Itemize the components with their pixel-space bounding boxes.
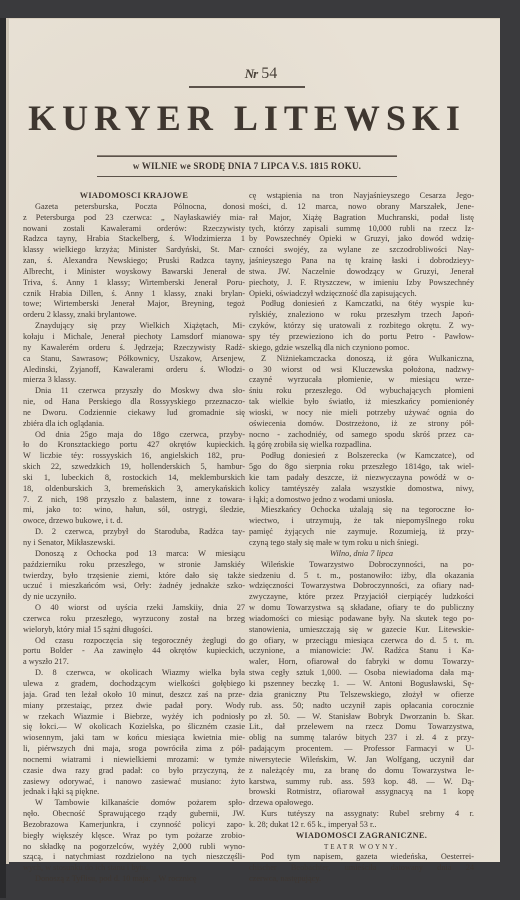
text-line: zasiewy odorywać, i nanowo zasiewać musi… <box>23 777 245 788</box>
text-line: Podług doniesień z Kamczatki, na 6téy wy… <box>249 299 474 310</box>
text-line: 18, oldenburskich 3, bremeńskich 3, amer… <box>23 484 245 495</box>
text-line: z Petersburga pod 23 czerwca: „ Nayłaska… <box>23 213 245 224</box>
text-line: zbiéra dla ich oglądania. <box>23 419 245 430</box>
article-paragraph: Gazeta petersburska, Poczta Pólnocna, do… <box>23 202 245 321</box>
text-line: niwersytecie Wileńskim, W. Jan Wolfgang,… <box>249 755 474 766</box>
text-line: ki pszenney beczkę 1. — W. Antoni Bogusł… <box>249 679 474 690</box>
text-line: nie, od Hana Perskiego dla Rossyyskiego … <box>23 397 245 408</box>
text-line: dzia graniczny Ptu Telszewskiego, złożył… <box>249 690 474 701</box>
text-line: chischer Beobachter, umieściła datowany … <box>249 863 474 874</box>
text-line: W liczbie téy: rossyyskich 16, angielski… <box>23 451 245 462</box>
text-line: karstwa, summy rub. ass. 593 kop. 48. — … <box>249 777 474 788</box>
text-line: w domu Towarzystwa są składane, ofiary t… <box>249 603 474 614</box>
text-line: nowani zostali Kawalerami orderów: Rzecz… <box>23 224 245 235</box>
text-line: Lit., dał przelewem na rzecz Domu Towarz… <box>249 722 474 733</box>
text-line: spy téy przewieziono ich do portu Petro … <box>249 332 474 343</box>
text-line: zwyczayne, które przez Przyjaciół cierpi… <box>249 592 474 603</box>
article-paragraph: Znaydujący się przy Wielkich Xiążętach, … <box>23 321 245 386</box>
local-dateline: Wilno, dnia 7 lipca <box>249 549 474 560</box>
text-line: portu Bolder - Aa zawinęło 44 okrętów ku… <box>23 646 245 657</box>
issue-number: Nr 54 <box>221 65 301 83</box>
text-line: ulewa z gradem, dochodzącym wielkości go… <box>23 679 245 690</box>
text-line: piechoty, J. F. Rtyszczew, w imieniu Izb… <box>249 278 474 289</box>
text-line: nęło. Obecność Sprawującego rządy gubern… <box>23 809 245 820</box>
text-line: owoce, drzewo bukowe, i t. d. <box>23 516 245 527</box>
dateline-bottom-rule <box>97 176 397 177</box>
text-line: twierdzy, było trzęsienie ziemi, które d… <box>23 571 245 582</box>
text-line: wieloryb, który miał 15 sążni długości. <box>23 625 245 636</box>
text-line: D. 2 czerwca, przybył do Staroduba, Radź… <box>23 527 245 538</box>
text-line: 5go do 8go sierpnia roku przeszłego 1814… <box>249 462 474 473</box>
text-line: go ofiary, w przeciągu miesiąca czerwca … <box>249 636 474 647</box>
text-line: towe; Wirtemberski Jenerał Major, Breyni… <box>23 299 245 310</box>
text-line: Pod tym napisem, gazeta wiedeńska, Oeste… <box>249 852 474 863</box>
text-line: a wyszło 217. <box>23 657 245 668</box>
newspaper-page: Nr 54 KURYER LITEWSKI w WILNIE we SRODĘ … <box>9 18 500 862</box>
text-line: czasie dwa razy grad padał: co było przy… <box>23 766 245 777</box>
text-line: ny Kawalerém orderu ś. Jędrzeja; Rzeczyw… <box>23 343 245 354</box>
text-line: czerwca, następujący. <box>249 874 474 885</box>
text-line: czayné wyrzucała płomienie, w miesiącu w… <box>249 375 474 386</box>
right-column-articles: cę wstąpienia na tron Nayjaśnieyszego Ce… <box>249 191 474 885</box>
text-line: Z Niżniekamczacka donoszą, iż góra Wulka… <box>249 354 474 365</box>
text-line: ny i Senator, Mikłaszewski. <box>23 538 245 549</box>
section-title-foreign: WIADOMOSCI ZAGRANICZNE. <box>249 831 474 842</box>
text-line: stanowienia, umieszczają się w gazecie K… <box>249 625 474 636</box>
text-line: cznik Hrabia Dillen, ś. Anny 1 klassy, z… <box>23 289 245 300</box>
article-paragraph: Podług doniesień z Bolszerecka (w Kamcza… <box>249 451 474 505</box>
text-line: zan, ś. Alexandra Newskiego; Pruski Radz… <box>23 256 245 267</box>
text-line: Kurs tutéyszy na assygnaty: Rubel srebrn… <box>249 809 474 820</box>
article-paragraph: D. 2 czerwca, przybył do Staroduba, Radź… <box>23 527 245 549</box>
text-line: tak wielkie było światło, iż mieszkańcy … <box>249 397 474 408</box>
text-line: po zł. 50. — W. Stanisław Bobryk Dworzan… <box>249 712 474 723</box>
text-line: padającym procentem. — Professor Farmacy… <box>249 744 474 755</box>
text-line: Donoszą z Ochocka pod 13 marca: W miesią… <box>23 549 245 560</box>
text-line: tych, którzy zapisali summę 10,000 rubli… <box>249 224 474 235</box>
issue-number-value: 54 <box>261 65 277 82</box>
text-line: Znaydujący się przy Wielkich Xiążętach, … <box>23 321 245 332</box>
text-line: łą górę zrobiła się wielka rozpadlina. <box>249 440 474 451</box>
text-line: Bezobrazowa Kamerjunkra, i czynność poli… <box>23 820 245 831</box>
text-line: Dnia 11 czerwca przyszły do Moskwy dwa s… <box>23 386 245 397</box>
text-line: nocno - zachodniéy, od samego spodu skró… <box>249 430 474 441</box>
text-line: Podług doniesień z Bolszerecka (w Kamcza… <box>249 451 474 462</box>
text-line: no składkę na pogorzelców, wyżéy 2,000 r… <box>23 842 245 853</box>
article-paragraph: Donoszą z Tyflisu, pod d. 10 maja: „ W r… <box>23 874 245 885</box>
issue-prefix: Nr <box>245 66 257 81</box>
text-line: drzewa opałowego. <box>249 798 474 809</box>
text-line: jaja. Grad ten leżał około 10 minut, des… <box>23 690 245 701</box>
text-line: Albrecht, i Minister woyskowy Bawarski J… <box>23 267 245 278</box>
newspaper-title: KURYER LITEWSKI <box>23 97 471 139</box>
text-line: biegły większéy klęsce. Wraz po tym poża… <box>23 831 245 842</box>
text-line: o 30 wiorst od wsi Kluczewska położona, … <box>249 365 474 376</box>
text-line: wiadomości co miesiąc podawane były. Na … <box>249 614 474 625</box>
text-line: się łokci.— W okolicach Kozielska, po śl… <box>23 722 245 733</box>
text-line: pamięć żyjących nie zaymuje. Rozumieją, … <box>249 527 474 538</box>
text-line: szącą, i natychmiast rozdzielono na tych… <box>23 852 245 863</box>
text-line: nocnemi wiatrami i niewielkiemi mrozami:… <box>23 755 245 766</box>
text-line: by Powszechnéy Opieki w Gruzyi, jako dow… <box>249 234 474 245</box>
right-column: cę wstąpienia na tron Nayjaśnieyszego Ce… <box>249 191 474 885</box>
text-line: czyków, którzy się uratowali z rozbitego… <box>249 321 474 332</box>
text-line: k. 28; dukat 12 r. 65 k., imperyał 53 r.… <box>249 820 474 831</box>
article-paragraph: Donoszą z Ochocka pod 13 marca: W miesią… <box>23 549 245 603</box>
text-line: Od czasu rozpoczęcia się tegorocznéy żeg… <box>23 636 245 647</box>
article-paragraph: Dnia 11 czerwca przyszły do Moskwy dwa s… <box>23 386 245 429</box>
text-line: Triva, ś. Anny 1 klassy; Wirtemberski Je… <box>23 278 245 289</box>
article-paragraph: W Tambowie kilkanaście domów pożarem spł… <box>23 798 245 874</box>
section-title-domestic: WIADOMOSCI KRAJOWE <box>23 191 245 202</box>
text-line: uczuć i mieszkańcóm wsi, Orły: żadnéy je… <box>23 581 245 592</box>
text-line: jaśnieyszego Pana na tę krainę łaski i d… <box>249 256 474 267</box>
text-line: stwa. JW. Naczelnie dowodzący w Gruzyi, … <box>249 267 474 278</box>
text-line: wioski, w nocy nie mieli potrzeby używać… <box>249 408 474 419</box>
text-line: mierza 3 klassy. <box>23 375 245 386</box>
text-line: Donoszą z Tyflisu, pod d. 10 maja: „ W r… <box>23 874 245 885</box>
text-line: rub. ass. 50; nadto uczynił zapis opłaca… <box>249 701 474 712</box>
text-line: D. 8 czerwca, w okolicach Wiazmy wielka … <box>23 668 245 679</box>
text-line: klassy wielkiego krzyża; Minister Sardyń… <box>23 245 245 256</box>
text-line: i łąki; a domostwo jedno z wodami uniosł… <box>249 495 474 506</box>
text-line: li, piérwszych dni maja, sroga powróciła… <box>23 744 245 755</box>
text-line: browski Rotmistrz, ofiarował assygnacyą … <box>249 787 474 798</box>
left-column: WIADOMOSCI KRAJOWE Gazeta petersburska, … <box>23 191 245 885</box>
text-line: czyną tego stały się małe w tym roku u n… <box>249 538 474 549</box>
text-line: W Tambowie kilkanaście domów pożarem spł… <box>23 798 245 809</box>
article-paragraph: Wileńskie Towarzystwo Dobroczynności, na… <box>249 560 474 809</box>
text-line: mi, jako to: wino, hałun, sól, ostrygi, … <box>23 505 245 516</box>
text-line: rał Major, Xiążę Bagration Muchranski, p… <box>249 213 474 224</box>
text-line: Wileńskie Towarzystwo Dobroczynności, na… <box>249 560 474 571</box>
text-line: z należącéy mu, za branę do domu Towarzy… <box>249 766 474 777</box>
text-line: jednak i łąki są piękne. <box>23 787 245 798</box>
text-line: mości, d. 12 marca, nowo obrany Marszałe… <box>249 202 474 213</box>
text-line: ca Stanu, Sawrasow; Półkownicy, Uszakow,… <box>23 354 245 365</box>
article-paragraph: Z Niżniekamczacka donoszą, iż góra Wulka… <box>249 354 474 452</box>
article-paragraph: Od czasu rozpoczęcia się tegorocznéy żeg… <box>23 636 245 669</box>
text-line: wdzięczności Towarzystwa Dobroczynności,… <box>249 581 474 592</box>
text-line: Od dnia 25go maja do 18go czerwca, przyb… <box>23 430 245 441</box>
text-line: dy nie uczyniło. <box>23 592 245 603</box>
text-line: cę wstąpienia na tron Nayjaśnieyszego Ce… <box>249 191 474 202</box>
text-line: ski 1, lubeckich 8, rostockich 14, mekle… <box>23 473 245 484</box>
text-line: uczynione, a mianowicie: JW. Radźca Stan… <box>249 646 474 657</box>
text-line: oświecenia domów. Dostrzeżono, iż ze str… <box>249 419 474 430</box>
text-line: Radzca tayny, Hrabia Stackelberg, ś. Wło… <box>23 234 245 245</box>
article-paragraph: Podług doniesień z Kamczatki, na 6téy wy… <box>249 299 474 353</box>
text-line: O 40 wiorst od uyścia rzeki Jamskiiy, dn… <box>23 603 245 614</box>
dateline: w WILNIE we SRODĘ DNIA 7 LIPCA V.S. 1815… <box>97 161 397 171</box>
text-line: październiku roku przeszłego, w stronie … <box>23 560 245 571</box>
text-line: wiectwo, i utrzymują, że tak niepomyślne… <box>249 516 474 527</box>
text-line: Mieszkańcy Ochocka użalają się na tegoro… <box>249 505 474 516</box>
text-line: Opieki, oświadczył wdzięczność dla zapis… <box>249 289 474 300</box>
text-line: kie tam padały deszcze, iż niezwyczayna … <box>249 473 474 484</box>
article-paragraph: D. 8 czerwca, w okolicach Wiazmy wielka … <box>23 668 245 798</box>
text-line: waler, Horn, ofiarował do fabryki w domu… <box>249 657 474 668</box>
text-line: orderu 2 klassy, znaki brylantowe. <box>23 310 245 321</box>
text-line: ne Dworu. Codziennie ciekawy lud gromadn… <box>23 408 245 419</box>
text-line: stwa cegły sztuk 1,000. — Osoba niewiado… <box>249 668 474 679</box>
dateline-top-rule <box>97 155 397 157</box>
text-line: 7. Z nich, 198 przyszło z balastem, inne… <box>23 495 245 506</box>
text-line: czerwca roku przeszłego, wyrzucony zosta… <box>23 614 245 625</box>
text-line: Gazeta petersburska, Poczta Pólnocna, do… <box>23 202 245 213</box>
text-line: rylskiéy, znaleziono w roku przeszłym tr… <box>249 310 474 321</box>
left-column-articles: Gazeta petersburska, Poczta Pólnocna, do… <box>23 202 245 885</box>
article-paragraph: cę wstąpienia na tron Nayjaśnieyszego Ce… <box>249 191 474 299</box>
text-line: kolicy tamtéyszéy zalała wszystkie domos… <box>249 484 474 495</box>
issue-rule <box>189 86 305 88</box>
article-paragraph: Od dnia 25go maja do 18go czerwca, przyb… <box>23 430 245 528</box>
article-paragraph: Mieszkańcy Ochocka użalają się na tegoro… <box>249 505 474 548</box>
text-line: oblig na summę talarów bitych 237 i zł. … <box>249 733 474 744</box>
text-line: w rzekach Wiazmie i Biebrze, wyżéy ich p… <box>23 712 245 723</box>
text-line: miany przestaiąc, przez dwie padał pory.… <box>23 701 245 712</box>
subsection-title: TEATR WOYNY. <box>249 842 474 853</box>
text-line: czności swojéy, za wylane ze szczodrobli… <box>249 245 474 256</box>
text-line: śniu roku przeszłego. Od wybuchających p… <box>249 386 474 397</box>
article-paragraph: O 40 wiorst od uyścia rzeki Jamskiiy, dn… <box>23 603 245 636</box>
text-line: Aledinski, Zyjanoff, Kawalerami orderu ś… <box>23 365 245 376</box>
text-line: siedzeniu d. 5 t. m., postanowiło: iżby,… <box>249 571 474 582</box>
text-line: ło do Kronsztackiego portu 427 okrętów k… <box>23 440 245 451</box>
article-paragraph: Kurs tutéyszy na assygnaty: Rubel srebrn… <box>249 809 474 831</box>
article-paragraph: Pod tym napisem, gazeta wiedeńska, Oeste… <box>249 852 474 885</box>
text-line: wiosennym, jaki tam w końcu miesiąca kwi… <box>23 733 245 744</box>
text-line: skich 22, szwedzkich 19, hollenderskich … <box>23 462 245 473</box>
text-line: wych, w stosunku do ich stanu i bytu. <box>23 863 245 874</box>
text-line: skiego, gdzie wszelką dla nich czyniono … <box>249 343 474 354</box>
text-line: kołaju i Michale, Jenerał piechoty Lamsd… <box>23 332 245 343</box>
